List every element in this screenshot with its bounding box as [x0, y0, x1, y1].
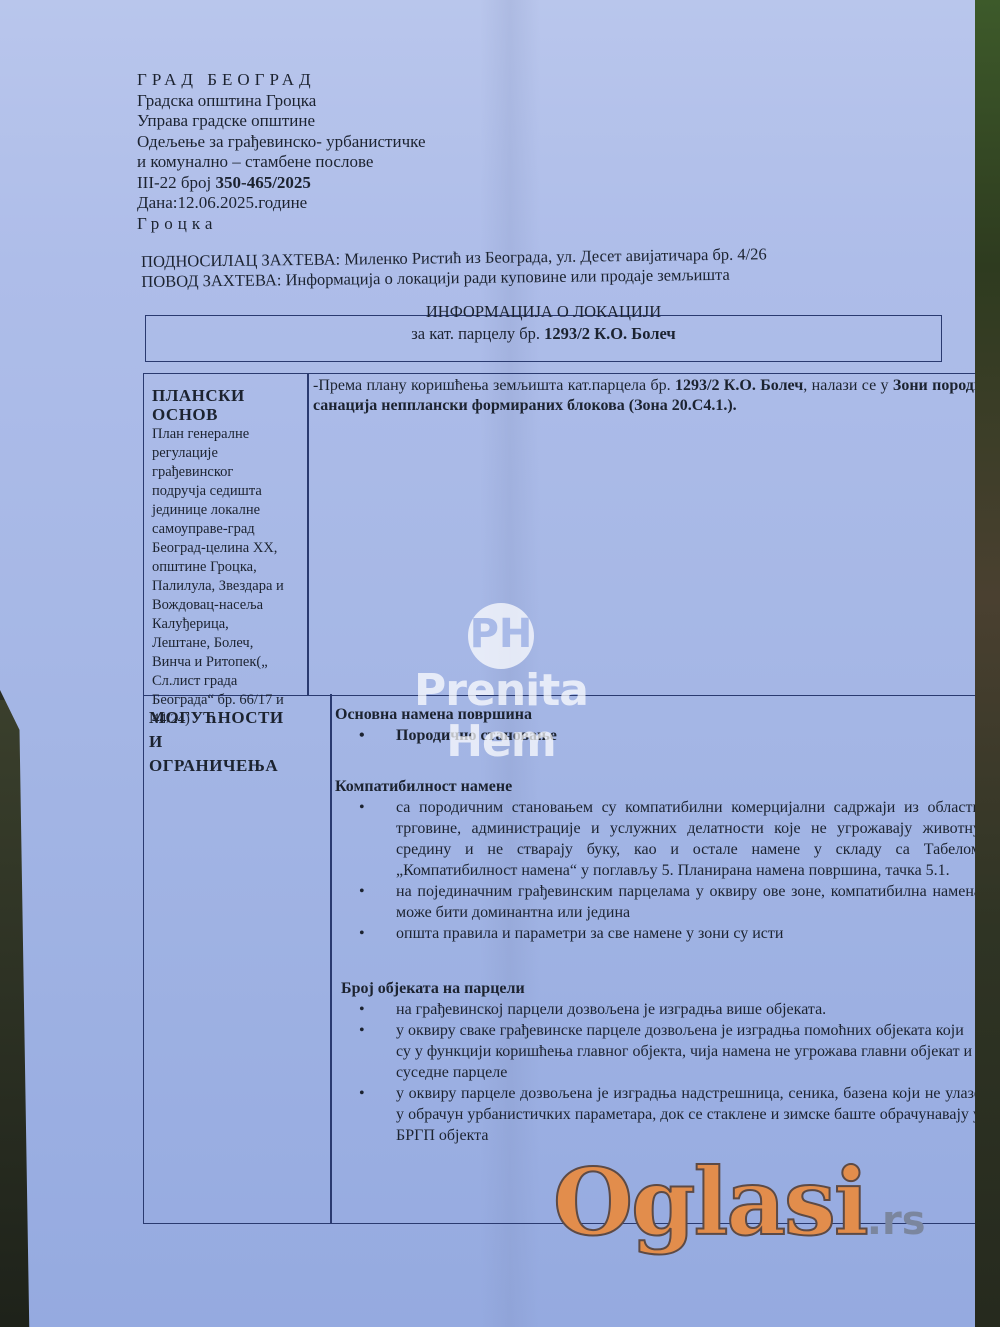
compatibility-item-text: са породичним становањем су компатибилни… — [396, 799, 981, 879]
plan-reference-line: грађевинског — [152, 463, 302, 482]
basic-use-item: •Породично становање — [331, 725, 981, 746]
objects-item: •на грађевинској парцели дозвољена је из… — [331, 999, 981, 1020]
document-date: Дана:12.06.2025.године — [137, 193, 426, 214]
planning-text-prefix: -Према плану коришћења земљишта кат.парц… — [313, 377, 675, 394]
planning-text-mid: , налази се у — [803, 377, 893, 394]
document-number: III-22 број 350-465/2025 — [137, 173, 426, 194]
compatibility-item-text: општа правила и параметри за све намене … — [396, 925, 783, 942]
plan-reference-line: Вождовац-насеља — [152, 596, 302, 615]
document-subtitle: за кат. парцелу бр. 1293/2 К.О. Болеч — [146, 324, 941, 344]
bullet-icon: • — [359, 725, 365, 746]
plan-reference-line: самоуправе-град — [152, 520, 302, 539]
possibilities-content-cell: Основна намена површина •Породично стано… — [330, 694, 978, 1224]
issuer-header: ГРАД БЕОГРАД Градска општина Гроцка Упра… — [137, 70, 426, 234]
plan-reference-line: Сл.лист града — [152, 672, 302, 691]
bullet-icon: • — [359, 797, 365, 818]
plan-reference-line: општине Гроцка, — [152, 558, 302, 577]
plan-reference-line: регулације — [152, 444, 302, 463]
objects-item-text: у оквиру парцеле дозвољена је изградња н… — [396, 1085, 981, 1144]
subtitle-prefix: за кат. парцелу бр. — [411, 324, 544, 343]
issuer-city: ГРАД БЕОГРАД — [137, 70, 426, 91]
plan-reference-line: Калуђерица, — [152, 615, 302, 634]
objects-item-text: у оквиру сваке грађевинске парцеле дозво… — [396, 1022, 972, 1081]
bullet-icon: • — [359, 923, 365, 944]
objects-item: •у оквиру сваке грађевинске парцеле дозв… — [331, 1020, 981, 1083]
document-title: ИНФОРМАЦИЈА О ЛОКАЦИЈИ — [146, 302, 941, 322]
basic-use-title: Основна намена површина — [331, 704, 981, 725]
issuer-municipality: Градска општина Гроцка — [137, 91, 426, 112]
bullet-icon: • — [359, 1020, 365, 1041]
issuer-department-line1: Одељење за грађевинско- урбанистичке — [137, 132, 426, 153]
possibilities-heading-3: ОГРАНИЧЕЊА — [149, 756, 329, 775]
compatibility-item: •са породичним становањем су компатибилн… — [331, 797, 981, 881]
plan-reference-line: Лештане, Болеч, — [152, 634, 302, 653]
subtitle-parcel: 1293/2 К.О. Болеч — [544, 324, 676, 343]
planning-basis-heading-2: ОСНОВ — [152, 405, 302, 424]
plan-reference-line: подручја седишта — [152, 482, 302, 501]
compatibility-item: •општа правила и параметри за све намене… — [331, 923, 981, 944]
plan-reference-line: Београд-целина XX, — [152, 539, 302, 558]
planning-text-parcel: 1293/2 К.О. Болеч — [675, 377, 803, 394]
compatibility-item: •на појединачним грађевинским парцелама … — [331, 881, 981, 923]
plan-reference-line: Палилула, Звездара и — [152, 577, 302, 596]
document-place: Гроцка — [137, 214, 426, 235]
bullet-icon: • — [359, 999, 365, 1020]
planning-basis-label-cell: ПЛАНСКИ ОСНОВ План генералнерегулацијегр… — [143, 373, 309, 696]
planning-basis-text: -Према плану коришћења земљишта кат.парц… — [313, 376, 1000, 416]
plan-reference-line: јединице локалне — [152, 501, 302, 520]
bullet-icon: • — [359, 1083, 365, 1104]
document-number-prefix: III-22 број — [137, 173, 216, 192]
possibilities-heading-1: МОГУЋНОСТИ — [149, 708, 329, 727]
planning-basis-heading-1: ПЛАНСКИ — [152, 386, 302, 405]
plan-reference-line: План генералне — [152, 425, 302, 444]
document-number-value: 350-465/2025 — [216, 173, 311, 192]
document-page: ГРАД БЕОГРАД Градска општина Гроцка Упра… — [0, 0, 975, 1327]
document-title-box: ИНФОРМАЦИЈА О ЛОКАЦИЈИ за кат. парцелу б… — [145, 315, 942, 362]
planning-basis-content-cell: -Према плану коришћења земљишта кат.парц… — [307, 373, 1000, 696]
issuer-department-line2: и комунално – стамбене послове — [137, 152, 426, 173]
request-info: ПОДНОСИЛАЦ ЗАХТЕВА: Миленко Ристић из Бе… — [141, 244, 767, 292]
issuer-administration: Управа градске општине — [137, 111, 426, 132]
objects-item: •у оквиру парцеле дозвољена је изградња … — [331, 1083, 981, 1146]
objects-title: Број објеката на парцели — [331, 978, 981, 999]
location-info-table: ПЛАНСКИ ОСНОВ План генералнерегулацијегр… — [143, 373, 978, 1225]
plan-reference-line: Винча и Ритопек(„ — [152, 653, 302, 672]
possibilities-label-cell: МОГУЋНОСТИ И ОГРАНИЧЕЊА — [143, 694, 332, 1224]
compatibility-title: Компатибилност намене — [331, 776, 981, 797]
basic-use-item-text: Породично становање — [396, 727, 557, 744]
bullet-icon: • — [359, 881, 365, 902]
compatibility-item-text: на појединачним грађевинским парцелама у… — [396, 883, 981, 921]
planning-basis-plan-reference: План генералнерегулацијеграђевинскогподр… — [152, 425, 302, 729]
objects-item-text: на грађевинској парцели дозвољена је изг… — [396, 1001, 826, 1018]
possibilities-heading-2: И — [149, 732, 329, 751]
